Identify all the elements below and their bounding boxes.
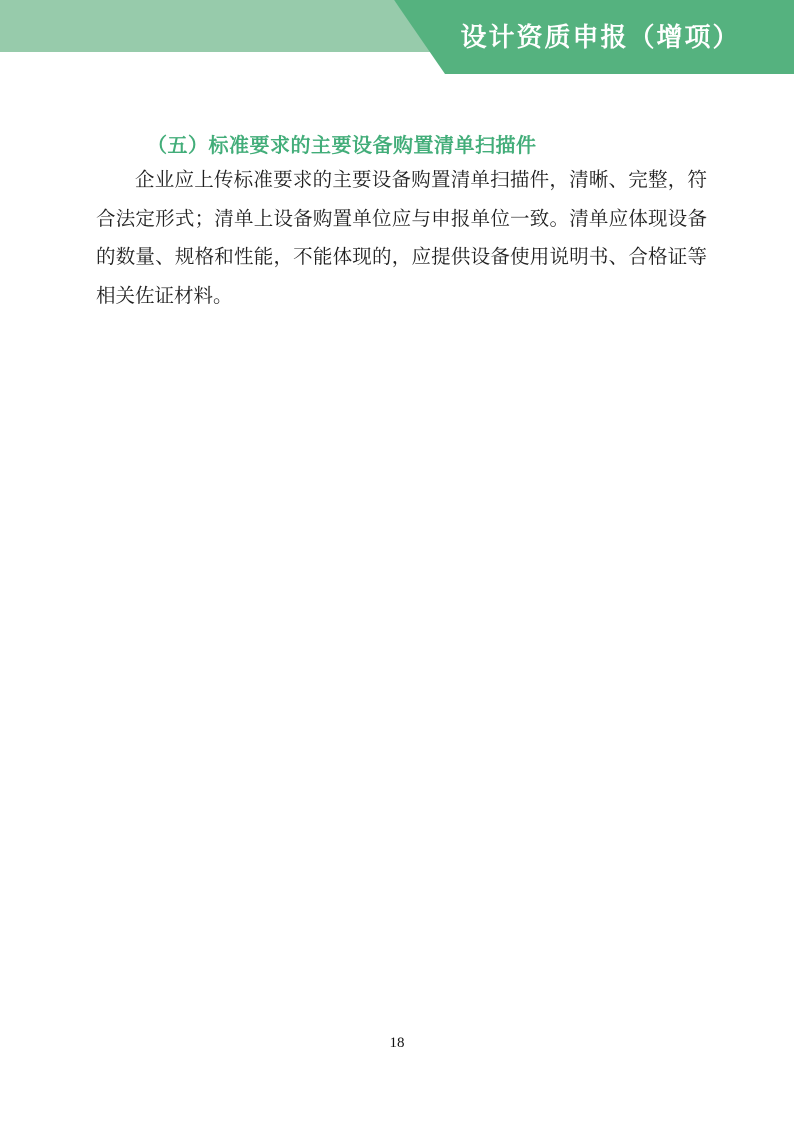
body-line: 企业应上传标准要求的主要设备购置清单扫描件，清晰、完整，符 bbox=[96, 162, 707, 201]
page-number: 18 bbox=[0, 1035, 794, 1052]
body-line: 相关佐证材料。 bbox=[96, 278, 707, 317]
section-heading: （五）标准要求的主要设备购置清单扫描件 bbox=[147, 129, 537, 158]
body-line: 合法定形式；清单上设备购置单位应与申报单位一致。清单应体现设备 bbox=[96, 201, 707, 240]
body-paragraph: 企业应上传标准要求的主要设备购置清单扫描件，清晰、完整，符 合法定形式；清单上设… bbox=[96, 162, 707, 316]
document-page: 设计资质申报（增项） （五）标准要求的主要设备购置清单扫描件 企业应上传标准要求… bbox=[0, 0, 794, 1123]
body-line: 的数量、规格和性能，不能体现的，应提供设备使用说明书、合格证等 bbox=[96, 239, 707, 278]
header-light-band-shape bbox=[0, 0, 431, 52]
document-header-title: 设计资质申报（增项） bbox=[445, 0, 794, 70]
